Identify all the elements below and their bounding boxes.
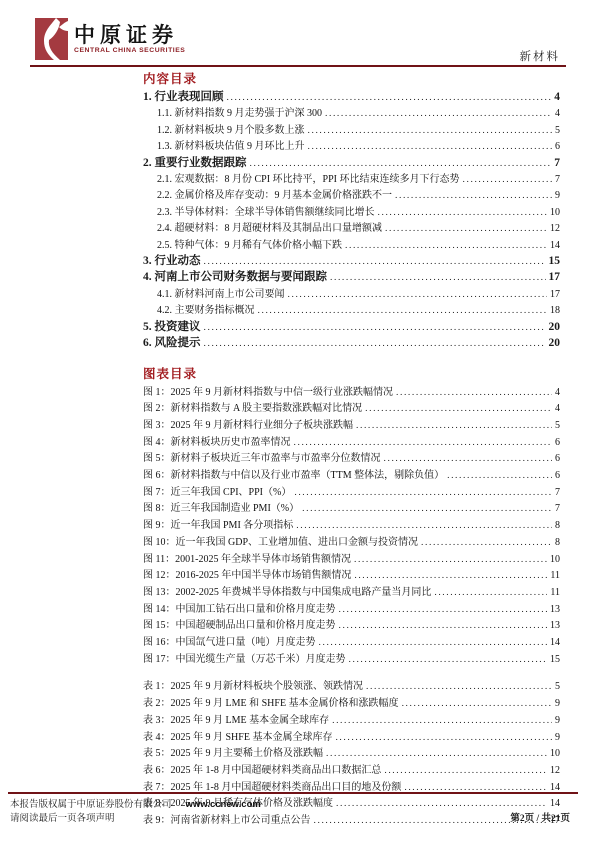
company-name-en: CENTRAL CHINA SECURITIES <box>74 46 185 55</box>
table-entry-label: 表 3：2025 年 9 月 LME 基本金属全球库存 <box>143 713 329 729</box>
spacer <box>143 668 560 679</box>
toc-entry-label: 4.1. 新材料河南上市公司要闻 <box>157 287 285 302</box>
table-entry-page: 12 <box>550 763 560 779</box>
dot-leader <box>332 714 552 730</box>
toc-entry[interactable]: 2.3. 半导体材料：全球半导体销售额继续同比增长 10 <box>143 205 560 221</box>
figure-entry-label: 图 16：中国氙气进口量（吨）月度走势 <box>143 635 316 651</box>
figure-entry-label: 图 14：中国加工钻石出口量和价格月度走势 <box>143 602 336 618</box>
dot-leader <box>385 222 547 237</box>
figure-entry[interactable]: 图 15：中国超硬制品出口量和价格月度走势 13 <box>143 618 560 635</box>
toc-entry[interactable]: 3. 行业动态 15 <box>143 254 560 270</box>
toc-entry[interactable]: 1. 行业表现回顾 4 <box>143 90 560 106</box>
toc-entry-label: 1.2. 新材料板块 9 月个股多数上涨 <box>157 123 305 138</box>
dot-leader <box>227 91 552 106</box>
figure-entry-label: 图 9：近一年我国 PMI 各分项指标 <box>143 518 293 534</box>
toc-content: 内容目录 1. 行业表现回顾 4 1.1. 新材料指数 9 月走势强于沪深 30… <box>143 71 560 830</box>
report-category: 新材料 <box>520 48 561 64</box>
table-entry-page: 9 <box>555 713 560 729</box>
dot-leader <box>204 255 546 270</box>
table-entry-page: 9 <box>555 730 560 746</box>
figure-entry-label: 图 10：近一年我国 GDP、工业增加值、进出口金额与投资情况 <box>143 535 418 551</box>
dot-leader <box>335 731 552 747</box>
figure-entry[interactable]: 图 8：近三年我国制造业 PMI（%） 7 <box>143 501 560 518</box>
dot-leader <box>356 419 552 435</box>
toc-entry-page: 17 <box>549 270 561 285</box>
dot-leader <box>326 747 547 763</box>
dot-leader <box>204 337 546 352</box>
figure-entry-page: 7 <box>555 485 560 501</box>
figure-entry[interactable]: 图 17：中国光缆生产量（万芯千米）月度走势 15 <box>143 652 560 669</box>
toc-entry-page: 7 <box>555 172 560 187</box>
footer-divider <box>8 792 578 794</box>
figure-entry-page: 4 <box>555 401 560 417</box>
toc-entry-page: 14 <box>550 238 560 253</box>
figure-entry-label: 图 6：新材料指数与中信以及行业市盈率（TTM 整体法，剔除负值） <box>143 468 444 484</box>
figure-entry[interactable]: 图 13：2002-2025 年费城半导体指数与中国集成电路产量当月同比 11 <box>143 585 560 602</box>
figure-entry-label: 图 11：2001-2025 年全球半导体市场销售额情况 <box>143 552 351 568</box>
dot-leader <box>354 569 547 585</box>
table-entry-label: 表 6：2025 年 1-8 月中国超硬材料类商品出口数据汇总 <box>143 763 381 779</box>
table-entry[interactable]: 表 4：2025 年 9 月 SHFE 基本金属全球库存 9 <box>143 730 560 747</box>
dot-leader <box>447 469 552 485</box>
toc-entry-label: 3. 行业动态 <box>143 254 201 269</box>
toc-entry-label: 4. 河南上市公司财务数据与要闻跟踪 <box>143 270 327 285</box>
dot-leader <box>404 781 547 797</box>
figure-entry-page: 7 <box>555 501 560 517</box>
figure-entry[interactable]: 图 6：新材料指数与中信以及行业市盈率（TTM 整体法，剔除负值） 6 <box>143 468 560 485</box>
report-page: 中原证券 CENTRAL CHINA SECURITIES 新材料 内容目录 1… <box>0 0 595 841</box>
toc-entry[interactable]: 1.3. 新材料板块估值 9 月环比上升 6 <box>143 139 560 155</box>
figure-entry-page: 8 <box>555 518 560 534</box>
dot-leader <box>421 536 552 552</box>
dot-leader <box>250 157 552 172</box>
figure-entry-label: 图 13：2002-2025 年费城半导体指数与中国集成电路产量当月同比 <box>143 585 431 601</box>
figure-entry-label: 图 7：近三年我国 CPI、PPI（%） <box>143 485 291 501</box>
table-entry[interactable]: 表 6：2025 年 1-8 月中国超硬材料类商品出口数据汇总 12 <box>143 763 560 780</box>
company-logo-icon <box>35 18 68 60</box>
dot-leader <box>434 586 547 602</box>
figure-entry[interactable]: 图 9：近一年我国 PMI 各分项指标 8 <box>143 518 560 535</box>
dot-leader <box>294 486 552 502</box>
dot-leader <box>396 386 552 402</box>
table-entry-label: 表 1：2025 年 9 月新材料板块个股领涨、领跌情况 <box>143 679 363 695</box>
toc-entry[interactable]: 2.2. 金属价格及库存变动：9 月基本金属价格涨跌不一 9 <box>143 188 560 204</box>
company-logo-text: 中原证券 CENTRAL CHINA SECURITIES <box>74 18 185 55</box>
figure-entry-page: 11 <box>550 568 560 584</box>
toc-entry-page: 4 <box>554 90 560 105</box>
dot-leader <box>308 140 553 155</box>
figure-entry-page: 4 <box>555 385 560 401</box>
footer-disclaimer: 请阅读最后一页各项声明 <box>10 812 261 826</box>
toc-entry-page: 18 <box>550 303 560 318</box>
dot-leader <box>339 603 548 619</box>
dot-leader <box>296 519 552 535</box>
toc-entry[interactable]: 6. 风险提示 20 <box>143 336 560 352</box>
figure-entry[interactable]: 图 14：中国加工钻石出口量和价格月度走势 13 <box>143 602 560 619</box>
dot-leader <box>325 107 552 122</box>
dot-leader <box>294 436 553 452</box>
figure-entry[interactable]: 图 1：2025 年 9 月新材料指数与中信一级行业涨跌幅情况 4 <box>143 385 560 402</box>
figure-entry[interactable]: 图 3：2025 年 9 月新材料行业细分子板块涨跌幅 5 <box>143 418 560 435</box>
figure-entry[interactable]: 图 12：2016-2025 年中国半导体市场销售额情况 11 <box>143 568 560 585</box>
figure-entry-page: 8 <box>555 535 560 551</box>
toc-entry-label: 2.2. 金属价格及库存变动：9 月基本金属价格涨跌不一 <box>157 188 392 203</box>
toc-entry-label: 1.3. 新材料板块估值 9 月环比上升 <box>157 139 305 154</box>
figure-entry-page: 14 <box>550 635 560 651</box>
footer-left: 本报告版权属于中原证券股份有限公司www.ccnew.com 请阅读最后一页各项… <box>10 798 261 826</box>
toc-entry-page: 5 <box>555 123 560 138</box>
dot-leader <box>302 502 552 518</box>
dot-leader <box>319 636 548 652</box>
toc-entry[interactable]: 2. 重要行业数据跟踪 7 <box>143 156 560 172</box>
figure-entry-page: 10 <box>550 552 560 568</box>
toc-entry[interactable]: 2.4. 超硬材料：8 月超硬材料及其制品出口量增额减 12 <box>143 221 560 237</box>
toc-entry-label: 2.4. 超硬材料：8 月超硬材料及其制品出口量增额减 <box>157 221 382 236</box>
toc-entry-label: 2.3. 半导体材料：全球半导体销售额继续同比增长 <box>157 205 375 220</box>
toc-entry-page: 6 <box>555 139 560 154</box>
figure-entry-label: 图 3：2025 年 9 月新材料行业细分子板块涨跌幅 <box>143 418 353 434</box>
dot-leader <box>378 206 548 221</box>
toc-entry-page: 15 <box>549 254 561 269</box>
dot-leader <box>339 619 548 635</box>
figure-entry-page: 13 <box>550 618 560 634</box>
figure-entry-label: 图 8：近三年我国制造业 PMI（%） <box>143 501 299 517</box>
toc-entry-label: 2.1. 宏观数据：8 月份 CPI 环比持平，PPI 环比结束连续多月下行态势 <box>157 172 460 187</box>
figure-entry-label: 图 5：新材料子板块近三年市盈率与市盈率分位数情况 <box>143 451 381 467</box>
dot-leader <box>402 697 552 713</box>
dot-leader <box>345 239 547 254</box>
toc-entry[interactable]: 2.5. 特种气体：9 月稀有气体价格小幅下跌 14 <box>143 238 560 254</box>
toc-entry[interactable]: 2.1. 宏观数据：8 月份 CPI 环比持平，PPI 环比结束连续多月下行态势… <box>143 172 560 188</box>
figure-entry-page: 6 <box>555 435 560 451</box>
toc-entry-page: 4 <box>555 106 560 121</box>
dot-leader <box>463 173 552 188</box>
toc-entry[interactable]: 4. 河南上市公司财务数据与要闻跟踪 17 <box>143 270 560 286</box>
toc-entry[interactable]: 1.2. 新材料板块 9 月个股多数上涨 5 <box>143 123 560 139</box>
figures-title: 图表目录 <box>143 366 560 382</box>
figure-entry[interactable]: 图 10：近一年我国 GDP、工业增加值、进出口金额与投资情况 8 <box>143 535 560 552</box>
table-entry[interactable]: 表 5：2025 年 9 月主要稀土价格及涨跌幅 10 <box>143 746 560 763</box>
figure-entry-label: 图 4：新材料板块历史市盈率情况 <box>143 435 291 451</box>
toc-entry[interactable]: 1.1. 新材料指数 9 月走势强于沪深 300 4 <box>143 106 560 122</box>
table-entry-page: 10 <box>550 746 560 762</box>
figure-entry-page: 11 <box>550 585 560 601</box>
toc-entry-label: 2.5. 特种气体：9 月稀有气体价格小幅下跌 <box>157 238 342 253</box>
table-entry[interactable]: 表 1：2025 年 9 月新材料板块个股领涨、领跌情况 5 <box>143 679 560 696</box>
figure-entry-page: 15 <box>550 652 560 668</box>
dot-leader <box>258 304 548 319</box>
toc-entry-page: 7 <box>554 156 560 171</box>
table-entry[interactable]: 表 2：2025 年 9 月 LME 和 SHFE 基本金属价格和涨跌幅度 9 <box>143 696 560 713</box>
dot-leader <box>365 402 552 418</box>
table-entry-label: 表 2：2025 年 9 月 LME 和 SHFE 基本金属价格和涨跌幅度 <box>143 696 399 712</box>
table-entry-label: 表 4：2025 年 9 月 SHFE 基本金属全球库存 <box>143 730 332 746</box>
contents-list: 1. 行业表现回顾 4 1.1. 新材料指数 9 月走势强于沪深 300 4 1… <box>143 90 560 353</box>
dot-leader <box>288 288 548 303</box>
figure-entry[interactable]: 图 16：中国氙气进口量（吨）月度走势 14 <box>143 635 560 652</box>
dot-leader <box>308 124 553 139</box>
figure-entry-label: 图 1：2025 年 9 月新材料指数与中信一级行业涨跌幅情况 <box>143 385 393 401</box>
figure-entry[interactable]: 图 5：新材料子板块近三年市盈率与市盈率分位数情况 6 <box>143 451 560 468</box>
page-header: 中原证券 CENTRAL CHINA SECURITIES 新材料 <box>35 18 565 66</box>
dot-leader <box>366 680 552 696</box>
figure-entry[interactable]: 图 7：近三年我国 CPI、PPI（%） 7 <box>143 485 560 502</box>
footer-website-link[interactable]: www.ccnew.com <box>186 799 261 810</box>
footer-copyright: 本报告版权属于中原证券股份有限公司 <box>10 800 172 810</box>
spacer <box>143 353 560 366</box>
toc-entry-label: 1. 行业表现回顾 <box>143 90 224 105</box>
header-divider <box>30 65 566 67</box>
figure-entry-label: 图 15：中国超硬制品出口量和价格月度走势 <box>143 618 336 634</box>
toc-entry-page: 20 <box>549 336 561 351</box>
company-logo: 中原证券 CENTRAL CHINA SECURITIES <box>35 18 565 60</box>
toc-entry-label: 2. 重要行业数据跟踪 <box>143 156 247 171</box>
table-entry-label: 表 5：2025 年 9 月主要稀土价格及涨跌幅 <box>143 746 323 762</box>
footer-page-number: 第2页 / 共21页 <box>510 810 570 824</box>
toc-entry-page: 9 <box>555 188 560 203</box>
toc-entry-label: 1.1. 新材料指数 9 月走势强于沪深 300 <box>157 106 322 121</box>
figure-entry-page: 6 <box>555 468 560 484</box>
figure-entry-label: 图 17：中国光缆生产量（万芯千米）月度走势 <box>143 652 346 668</box>
dot-leader <box>349 653 548 669</box>
figure-entry[interactable]: 图 2：新材料指数与 A 股主要指数涨跌幅对比情况 4 <box>143 401 560 418</box>
toc-entry[interactable]: 4.2. 主要财务指标概况 18 <box>143 303 560 319</box>
toc-entry-page: 10 <box>550 205 560 220</box>
table-entry-page: 5 <box>555 679 560 695</box>
toc-entry-label: 4.2. 主要财务指标概况 <box>157 303 255 318</box>
figure-entry-page: 13 <box>550 602 560 618</box>
company-name-cn: 中原证券 <box>74 24 185 46</box>
figure-entry[interactable]: 图 4：新材料板块历史市盈率情况 6 <box>143 435 560 452</box>
toc-entry-label: 6. 风险提示 <box>143 336 201 351</box>
figure-entry[interactable]: 图 11：2001-2025 年全球半导体市场销售额情况 10 <box>143 552 560 569</box>
toc-entry-page: 17 <box>550 287 560 302</box>
figure-entry-page: 6 <box>555 451 560 467</box>
dot-leader <box>384 452 553 468</box>
table-entry[interactable]: 表 3：2025 年 9 月 LME 基本金属全球库存 9 <box>143 713 560 730</box>
dot-leader <box>330 271 546 286</box>
dot-leader <box>384 764 547 780</box>
figures-list: 图 1：2025 年 9 月新材料指数与中信一级行业涨跌幅情况 4 图 2：新材… <box>143 385 560 669</box>
dot-leader <box>204 321 546 336</box>
contents-title: 内容目录 <box>143 71 560 87</box>
toc-entry-page: 12 <box>550 221 560 236</box>
toc-entry-page: 20 <box>549 320 561 335</box>
dot-leader <box>395 189 552 204</box>
toc-entry-label: 5. 投资建议 <box>143 320 201 335</box>
figure-entry-label: 图 12：2016-2025 年中国半导体市场销售额情况 <box>143 568 351 584</box>
toc-entry[interactable]: 5. 投资建议 20 <box>143 320 560 336</box>
table-entry-page: 9 <box>555 696 560 712</box>
figure-entry-label: 图 2：新材料指数与 A 股主要指数涨跌幅对比情况 <box>143 401 362 417</box>
toc-entry[interactable]: 4.1. 新材料河南上市公司要闻 17 <box>143 287 560 303</box>
dot-leader <box>354 553 547 569</box>
figure-entry-page: 5 <box>555 418 560 434</box>
